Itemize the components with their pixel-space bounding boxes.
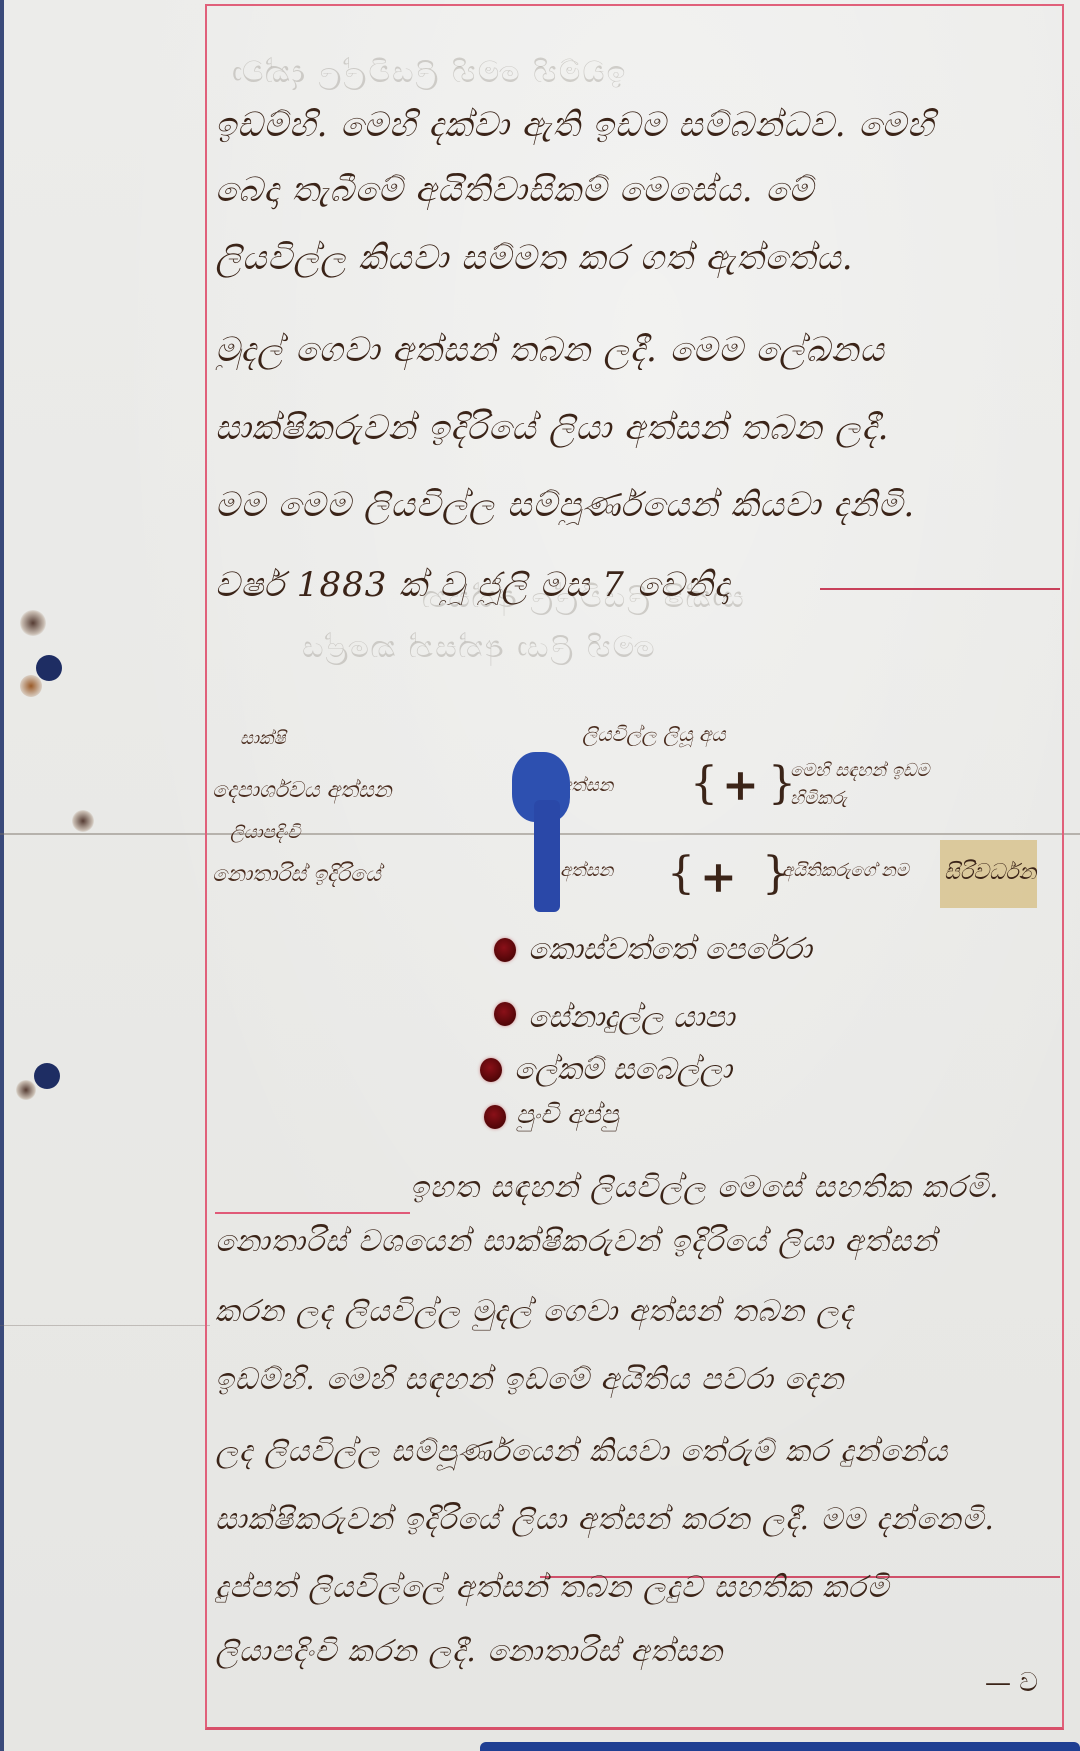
page-edge bbox=[0, 0, 4, 1751]
page-continuation-mark: — ව bbox=[985, 1668, 1038, 1699]
signature-label: මෙහි සඳහන් ඉඩම bbox=[790, 760, 929, 781]
ink-blot bbox=[534, 800, 560, 912]
backing-edge bbox=[480, 1742, 1080, 1751]
wax-seal-dot bbox=[494, 938, 516, 962]
wax-seal-dot bbox=[480, 1058, 502, 1082]
signature-cross-mark: + bbox=[700, 856, 737, 900]
brace-left: { bbox=[690, 762, 718, 806]
text-line: ලියාපදිංචි කරන ලදී. නොතාරිස් අත්සන bbox=[215, 1632, 1055, 1672]
text-line: ඉඩම්හි. මෙහි දක්වා ඇති ඉඩම සම්බන්ධව. මෙහ… bbox=[215, 105, 1055, 145]
signature-label: අත්සන bbox=[560, 860, 613, 881]
wax-seal-dot bbox=[484, 1105, 506, 1129]
rust-stain bbox=[20, 675, 42, 697]
signature-label: දෙපාර්ශවය අත්සන bbox=[212, 778, 392, 803]
ink-stain bbox=[16, 1080, 36, 1100]
wax-seal-dot bbox=[494, 1002, 516, 1026]
text-line: බෙදා තැබීමේ අයිතිවාසිකම් මෙසේය. මේ bbox=[215, 170, 1055, 210]
text-line: දුප්පත් ලියවිල්ලේ අත්සන් තබන ලදුව සහතික … bbox=[215, 1568, 1055, 1608]
certification-heading: ඉහත සඳහන් ලියවිල්ල මෙසේ සහතික කරමි. bbox=[410, 1168, 1050, 1208]
binding-hole bbox=[36, 655, 62, 681]
witness-name: පුංචි අප්පු bbox=[516, 1100, 618, 1131]
text-line: සාක්ෂිකරුවන් ඉදිරියේ ලියා අත්සන් තබන ලදී… bbox=[215, 408, 1055, 448]
taped-word: සිරිවර්ධන bbox=[944, 860, 1036, 885]
witness-name: කොස්වත්තේ පෙරේරා bbox=[528, 932, 812, 967]
section-divider bbox=[215, 1212, 410, 1214]
text-line: ලියවිල්ල කියවා සම්මත කර ගත් ඇත්තේය. bbox=[215, 238, 1055, 278]
text-line: සාක්ෂිකරුවන් ඉදිරියේ ලියා අත්සන් කරන ලදී… bbox=[215, 1500, 1055, 1540]
text-line: කරන ලද ලියවිල්ල මුදල් ගෙවා අත්සන් තබන ලද bbox=[215, 1292, 1055, 1332]
document-page: ඉඩම්හි මෙහි ලියවිල්ල දක්වා සාක්ෂි ලියවිල… bbox=[0, 0, 1080, 1751]
date-underline bbox=[820, 588, 1060, 590]
text-line: මුදල් ගෙවා අත්සන් තබන ලදී. මෙම ලේඛනය bbox=[215, 330, 1055, 370]
ink-stain bbox=[72, 810, 94, 832]
text-line: නොතාරිස් වශයෙන් සාක්ෂිකරුවන් ඉදිරියේ ලිය… bbox=[215, 1222, 1055, 1262]
ink-stain bbox=[20, 610, 46, 636]
text-line: ඉඩම්හි. මෙහි සඳහන් ඉඩමේ අයිතිය පවරා දෙන bbox=[215, 1360, 1055, 1400]
signature-label: ලියාපදිංචි bbox=[230, 822, 300, 843]
witness-name: සේනාදුල්ල යාපා bbox=[528, 1000, 735, 1035]
bleed-through-text: ඉඩම්හි මෙහි ලියවිල්ල දක්වා bbox=[230, 55, 625, 90]
text-line: මම මෙම ලියවිල්ල සම්පූර්ණයෙන් කියවා දනිමි… bbox=[215, 485, 1055, 525]
signature-label: නොතාරිස් ඉදිරියේ bbox=[212, 862, 381, 887]
signature-label: සාක්ෂි bbox=[240, 728, 286, 749]
signature-cross-mark: + bbox=[722, 764, 759, 808]
brace-left: { bbox=[667, 852, 695, 896]
text-line: ලද ලියවිල්ල සම්පූර්ණයෙන් කියවා තේරුම් කර… bbox=[215, 1432, 1055, 1472]
binding-hole bbox=[34, 1063, 60, 1089]
witness-name: ලේකම් සබෙල්ලා bbox=[514, 1052, 732, 1087]
signature-label: ලියවිල්ල ලියූ අය bbox=[582, 722, 726, 746]
bleed-through-text: මෙහි ලියා අත්සන් කළේය bbox=[300, 630, 655, 665]
date-line: වර්ෂ 1883 ක් වූ ජූලි මස 7 වෙනිදා bbox=[215, 565, 1055, 605]
fold-crease bbox=[0, 1325, 210, 1326]
signature-label: හිමිකරු bbox=[790, 788, 847, 809]
signature-label: අයිතිකරුගේ නම bbox=[782, 860, 909, 881]
